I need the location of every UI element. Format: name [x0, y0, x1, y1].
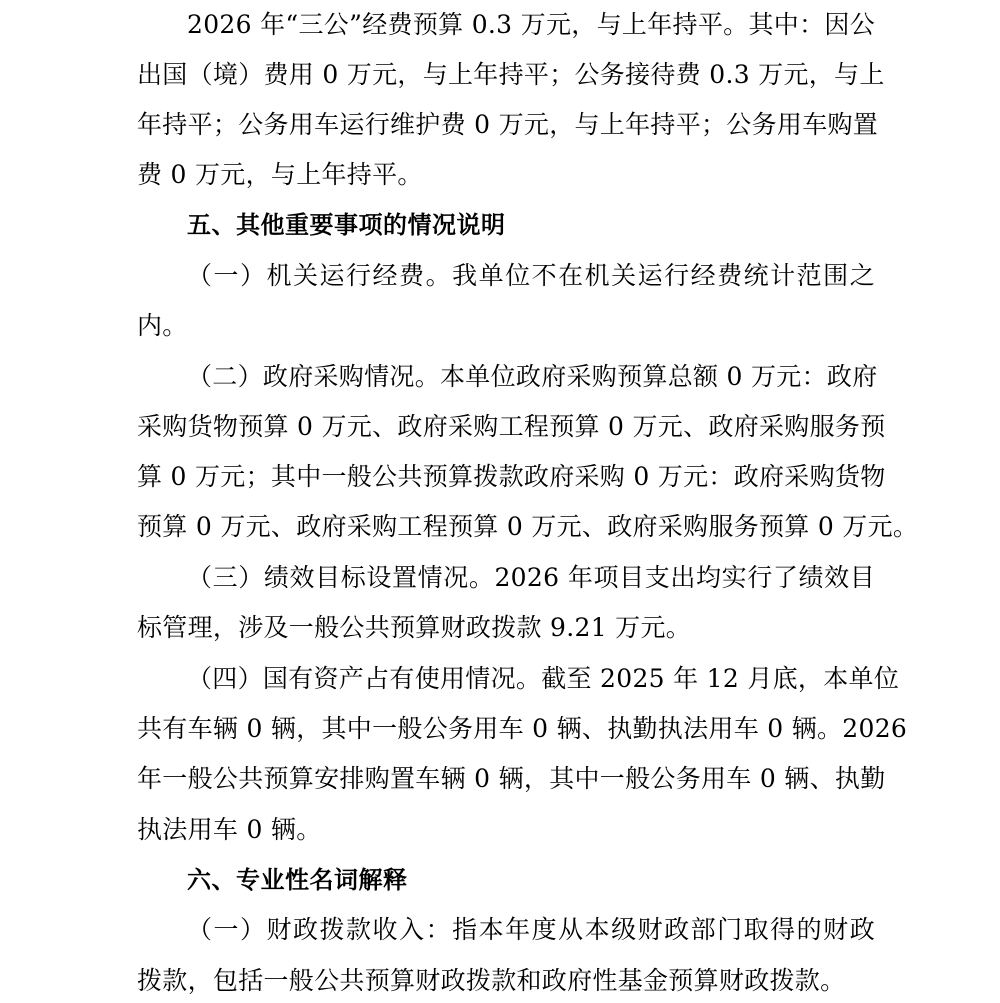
section-heading-6: 六、专业性名词解释	[187, 865, 408, 895]
line-text: （一）财政拨款收入：指本年度从本级财政部门取得的财政	[187, 915, 875, 945]
document-page: 2026 年“三公”经费预算 0.3 万元，与上年持平。其中：因公 出国（境）费…	[0, 0, 1000, 1003]
text-line: 出国（境）费用 0 万元，与上年持平；公务接待费 0.3 万元，与上	[137, 60, 875, 90]
line-text: （二）政府采购情况。本单位政府采购预算总额 0 万元：政府	[187, 362, 875, 392]
line-text: （四）国有资产占有使用情况。截至 2025 年 12 月底，本单位	[187, 664, 877, 694]
text-line: （一）财政拨款收入：指本年度从本级财政部门取得的财政	[187, 915, 875, 945]
text-line: 采购货物预算 0 万元、政府采购工程预算 0 万元、政府采购服务预	[137, 412, 875, 442]
text-line: 2026 年“三公”经费预算 0.3 万元，与上年持平。其中：因公	[187, 10, 875, 40]
text-line: 年持平；公务用车运行维护费 0 万元，与上年持平；公务用车购置	[137, 110, 875, 140]
line-text: 费 0 万元，与上年持平。	[137, 160, 423, 189]
text-line: 算 0 万元；其中一般公共预算拨款政府采购 0 万元：政府采购货物	[137, 462, 875, 492]
line-text: 拨款，包括一般公共预算财政拨款和政府性基金预算财政拨款。	[137, 966, 845, 995]
text-line: （四）国有资产占有使用情况。截至 2025 年 12 月底，本单位	[187, 664, 877, 694]
line-text: 预算 0 万元、政府采购工程预算 0 万元、政府采购服务预算 0 万元。	[137, 512, 889, 542]
line-text: 内。	[137, 311, 188, 340]
section-heading-5: 五、其他重要事项的情况说明	[187, 210, 506, 240]
line-text: 算 0 万元；其中一般公共预算拨款政府采购 0 万元：政府采购货物	[137, 462, 875, 492]
line-text: 采购货物预算 0 万元、政府采购工程预算 0 万元、政府采购服务预	[137, 412, 875, 442]
heading-text: 五、其他重要事项的情况说明	[187, 211, 506, 239]
text-line: （二）政府采购情况。本单位政府采购预算总额 0 万元：政府	[187, 362, 875, 392]
text-line: 标管理，涉及一般公共预算财政拨款 9.21 万元。	[137, 613, 691, 643]
text-line: 费 0 万元，与上年持平。	[137, 160, 423, 190]
line-text: 执法用车 0 辆。	[137, 815, 322, 844]
line-text: （三）绩效目标设置情况。2026 年项目支出均实行了绩效目	[187, 563, 875, 593]
line-text: 出国（境）费用 0 万元，与上年持平；公务接待费 0.3 万元，与上	[137, 60, 875, 90]
line-text: 年一般公共预算安排购置车辆 0 辆，其中一般公务用车 0 辆、执勤	[137, 764, 875, 794]
line-text: 共有车辆 0 辆，其中一般公务用车 0 辆、执勤执法用车 0 辆。2026	[137, 714, 877, 744]
text-line: 预算 0 万元、政府采购工程预算 0 万元、政府采购服务预算 0 万元。	[137, 512, 889, 542]
text-line: （三）绩效目标设置情况。2026 年项目支出均实行了绩效目	[187, 563, 875, 593]
text-line: 年一般公共预算安排购置车辆 0 辆，其中一般公务用车 0 辆、执勤	[137, 764, 875, 794]
line-text: （一）机关运行经费。我单位不在机关运行经费统计范围之	[187, 261, 875, 291]
line-text: 2026 年“三公”经费预算 0.3 万元，与上年持平。其中：因公	[187, 10, 875, 40]
text-line: 拨款，包括一般公共预算财政拨款和政府性基金预算财政拨款。	[137, 966, 845, 996]
line-text: 标管理，涉及一般公共预算财政拨款 9.21 万元。	[137, 613, 691, 642]
text-line: 共有车辆 0 辆，其中一般公务用车 0 辆、执勤执法用车 0 辆。2026	[137, 714, 877, 744]
text-line: （一）机关运行经费。我单位不在机关运行经费统计范围之	[187, 261, 875, 291]
text-line: 执法用车 0 辆。	[137, 815, 322, 845]
line-text: 年持平；公务用车运行维护费 0 万元，与上年持平；公务用车购置	[137, 110, 875, 140]
text-line: 内。	[137, 311, 188, 341]
heading-text: 六、专业性名词解释	[187, 866, 408, 894]
